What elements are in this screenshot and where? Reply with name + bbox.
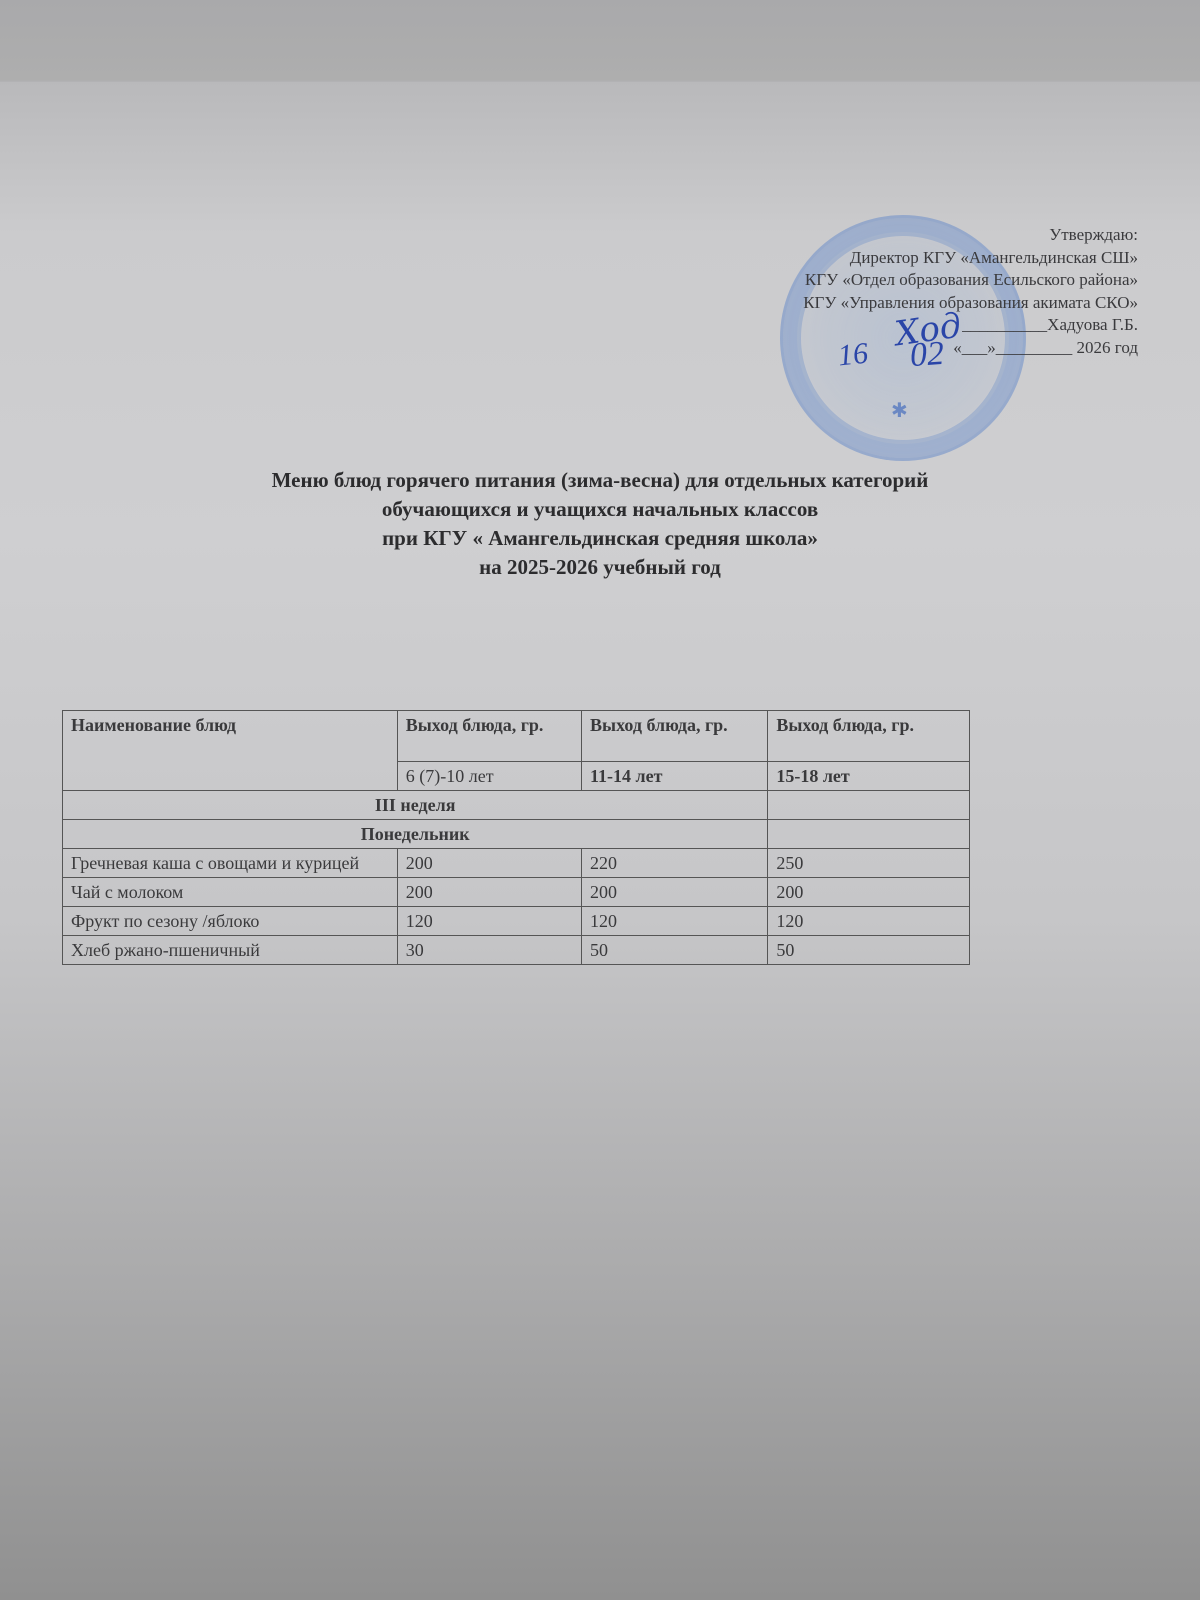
yield-b: 120 (582, 907, 768, 936)
table-row: Чай с молоком 200 200 200 (63, 878, 970, 907)
empty-cell (768, 820, 970, 849)
table-header-row: Наименование блюд Выход блюда, гр. Выход… (63, 711, 970, 762)
header-yield-c: Выход блюда, гр. (768, 711, 970, 762)
yield-c: 200 (768, 878, 970, 907)
dish-name: Хлеб ржано-пшеничный (63, 936, 398, 965)
day-label: Понедельник (63, 820, 768, 849)
dish-name: Гречневая каша с овощами и курицей (63, 849, 398, 878)
approval-line: Директор КГУ «Амангельдинская СШ» (803, 247, 1138, 270)
yield-c: 50 (768, 936, 970, 965)
week-row: III неделя (63, 791, 970, 820)
approval-line: Утверждаю: (803, 224, 1138, 247)
stamp-star-icon: ✱ (891, 398, 908, 423)
day-row: Понедельник (63, 820, 970, 849)
dish-name: Фрукт по сезону /яблоко (63, 907, 398, 936)
yield-b: 200 (582, 878, 768, 907)
dish-name: Чай с молоком (63, 878, 398, 907)
yield-a: 30 (397, 936, 581, 965)
title-line: при КГУ « Амангельдинская средняя школа» (120, 524, 1080, 553)
document-title: Меню блюд горячего питания (зима-весна) … (120, 466, 1080, 582)
menu-table: Наименование блюд Выход блюда, гр. Выход… (62, 710, 970, 965)
table-row: Фрукт по сезону /яблоко 120 120 120 (63, 907, 970, 936)
yield-b: 50 (582, 936, 768, 965)
title-line: на 2025-2026 учебный год (120, 553, 1080, 582)
yield-b: 220 (582, 849, 768, 878)
age-group: 15-18 лет (768, 762, 970, 791)
header-yield-a: Выход блюда, гр. (397, 711, 581, 762)
approval-line: КГУ «Управления образования акимата СКО» (803, 292, 1138, 315)
header-dish-name: Наименование блюд (63, 711, 398, 791)
yield-a: 200 (397, 849, 581, 878)
approval-line: __________Хадуова Г.Б. (803, 314, 1138, 337)
handwritten-month: 02 (909, 335, 946, 375)
yield-c: 120 (768, 907, 970, 936)
yield-a: 120 (397, 907, 581, 936)
week-label: III неделя (63, 791, 768, 820)
empty-cell (768, 791, 970, 820)
yield-c: 250 (768, 849, 970, 878)
table-row: Хлеб ржано-пшеничный 30 50 50 (63, 936, 970, 965)
table-row: Гречневая каша с овощами и курицей 200 2… (63, 849, 970, 878)
yield-a: 200 (397, 878, 581, 907)
handwritten-day: 16 (836, 337, 869, 374)
header-yield-b: Выход блюда, гр. (582, 711, 768, 762)
age-group: 11-14 лет (582, 762, 768, 791)
title-line: Меню блюд горячего питания (зима-весна) … (120, 466, 1080, 495)
age-group: 6 (7)-10 лет (397, 762, 581, 791)
title-line: обучающихся и учащихся начальных классов (120, 495, 1080, 524)
approval-line: КГУ «Отдел образования Есильского района… (803, 269, 1138, 292)
